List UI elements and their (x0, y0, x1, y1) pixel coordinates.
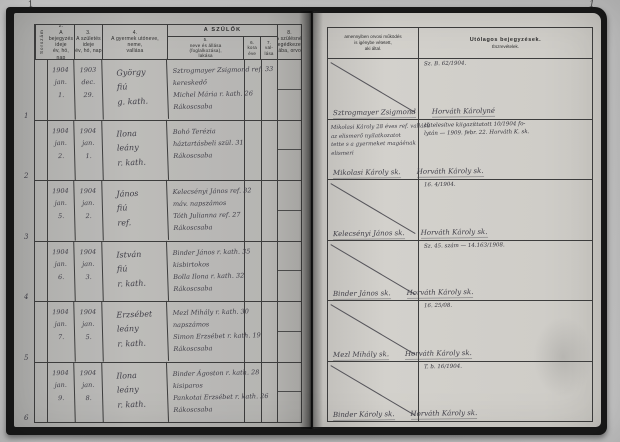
signature-line: Binder Károly sk.Horváth Károly sk. (333, 409, 477, 421)
signature-registrant: Binder Károly sk. (333, 410, 395, 421)
register-row-6: 6 1904 jan. 9. 1904 jan. 8. Ilona leány … (35, 363, 301, 423)
header-parents-title: A SZÜLŐK (168, 25, 277, 37)
row-margin-number: 6 (24, 414, 28, 422)
cell-divider-line (278, 391, 301, 392)
cell-age (245, 181, 262, 241)
header-parents-group: A SZÜLŐK 5. neve és állása (foglalkozása… (168, 25, 278, 59)
header-parent-age: 6. kora éve (244, 37, 261, 59)
header-birth-attendant: 8. A szülésnél segédkezett bába, orvos (278, 25, 301, 59)
reference-note: Hitelesítve kiigazíttatott 10/1904 fo- l… (424, 121, 530, 138)
register-row-5: 5 1904 jan. 7. 1904 jan. 5. Erzsébet leá… (35, 302, 301, 363)
row-margin-number: 2 (24, 172, 28, 180)
header-parents-subcolumns: 5. neve és állása (foglalkozása), lakása… (168, 37, 277, 59)
cell-child: Erzsébet leány r. kath. (102, 301, 169, 363)
cell-parents: Binder János r. kath. 35 kisbirtokos Bol… (168, 242, 245, 302)
signature-line: Sztrogmayer ZsigmondHorváth Károlyné (333, 106, 495, 118)
header-registration-date: 2. A bejegyzés ideje év, hó, nap (48, 25, 75, 59)
header-child-name: 4. A gyermek utóneve, neme, vallása (103, 25, 168, 59)
cell-registration-date: 1904 jan. 7. (47, 302, 76, 362)
cell-attendant (278, 302, 301, 362)
signature-registrar: Horváth Károlyné (432, 106, 495, 117)
cell-child: Ilona leány r. kath. (102, 119, 169, 181)
cell-registration-date: 1904 jan. 1. (47, 60, 76, 120)
cell-parents: Bohó Terézia háztartásbeli szül. 31 Ráko… (168, 121, 245, 181)
cell-serial (35, 181, 48, 241)
header-serial-number: Sorszám (35, 25, 48, 59)
signature-line: Binder János sk.Horváth Károly sk. (333, 288, 474, 300)
cell-child: Ilona leány r. kath. (102, 361, 169, 423)
cell-age (245, 121, 262, 181)
row-margin-number: 5 (24, 354, 28, 362)
signature-registrant: Mikolasi Károly sk. (333, 168, 401, 179)
signature-registrant: Mezl Mihály sk. (333, 350, 389, 361)
left-table-header: Sorszám 2. A bejegyzés ideje év, hó, nap… (35, 25, 301, 60)
signature-line: Mikolasi Károly sk.Horváth Károly sk. (333, 167, 484, 179)
header-parents-details: 5. neve és állása (foglalkozása), lakása (168, 37, 244, 59)
notes-row-2: Mikolasi Károly 28 éves ref. vallású az … (328, 120, 592, 181)
reference-note: T. b. 16/1904. (424, 363, 462, 371)
cell-divider-line (278, 89, 301, 90)
signature-registrar: Horváth Károly sk. (417, 167, 484, 178)
cell-registration-date: 1904 jan. 6. (47, 241, 76, 301)
signature-registrar: Horváth Károly sk. (407, 288, 474, 299)
register-row-1: 1 1904 jan. 1. 1903 dec. 29. György fiú … (35, 60, 301, 121)
signature-registrar: Horváth Károly sk. (421, 227, 488, 238)
notes-row-6: T. b. 16/1904. Binder Károly sk.Horváth … (328, 362, 592, 422)
cell-birth-date: 1904 jan. 2. (74, 181, 104, 241)
cell-age (245, 60, 262, 120)
cell-parents: Mezl Mihály r. kath. 30 napszámos Simon … (168, 302, 245, 362)
cell-religion (262, 181, 278, 241)
register-row-3: 3 1904 jan. 5. 1904 jan. 2. János fiú re… (35, 181, 301, 242)
cell-birth-date: 1904 jan. 5. (74, 302, 104, 362)
cell-divider-line (278, 210, 301, 211)
cell-parents: Sztrogmayer Zsigmond ref. 33 kereskedő M… (168, 60, 245, 120)
cell-attendant (278, 242, 301, 302)
right-table-header: amennyiben orvosi működés is igénybe vét… (328, 28, 592, 59)
cell-serial (35, 60, 48, 120)
cell-parents: Kelecsényi János ref. 32 máv. napszámos … (168, 181, 245, 241)
left-page: Sorszám 2. A bejegyzés ideje év, hó, nap… (14, 13, 311, 427)
cell-religion (262, 242, 278, 302)
reference-note: 16. 25/08. (424, 303, 452, 311)
birth-register-table: Sorszám 2. A bejegyzés ideje év, hó, nap… (34, 24, 302, 423)
cell-registration-date: 1904 jan. 5. (47, 181, 76, 241)
cell-birth-date: 1903 dec. 29. (74, 60, 104, 120)
cell-child: György fiú g. kath. (102, 59, 169, 121)
cell-serial (35, 302, 48, 362)
cell-registration-date: 1904 jan. 9. (47, 362, 76, 422)
signature-registrant: Kelecsényi János sk. (333, 229, 405, 240)
register-row-4: 4 1904 jan. 6. 1904 jan. 3. István fiú r… (35, 242, 301, 303)
cell-serial (35, 363, 48, 423)
notes-row-5: 16. 25/08. Mezl Mihály sk.Horváth Károly… (328, 301, 592, 362)
cell-serial (35, 121, 48, 181)
cell-divider-line (278, 331, 301, 332)
header-birth-date: 3. A születés ideje év, hó, nap (75, 25, 103, 59)
cell-child: János fiú ref. (102, 180, 169, 242)
cell-registration-date: 1904 jan. 2. (47, 120, 76, 180)
cell-attendant (278, 363, 301, 423)
reference-note: Sz. 45. szám — 14.163/1908. (424, 242, 505, 251)
cell-age (245, 242, 262, 302)
header-medical-assistance: amennyiben orvosi működés is igénybe vét… (328, 28, 419, 58)
register-book: Sorszám 2. A bejegyzés ideje év, hó, nap… (6, 7, 607, 435)
cell-attendant (278, 121, 301, 181)
cell-serial (35, 242, 48, 302)
cell-religion (262, 60, 278, 120)
cell-divider-line (278, 270, 301, 271)
row-margin-number: 4 (24, 293, 28, 301)
notes-row-3: 16. 4/1904. Kelecsényi János sk.Horváth … (328, 180, 592, 241)
header-subsequent-title: Utólagos bejegyzések. (470, 37, 542, 43)
signature-line: Kelecsényi János sk.Horváth Károly sk. (333, 227, 488, 239)
cell-birth-date: 1904 jan. 1. (74, 120, 104, 180)
row-margin-number: 1 (24, 112, 28, 120)
notes-row-4: Sz. 45. szám — 14.163/1908. Binder János… (328, 241, 592, 302)
cell-age (245, 302, 262, 362)
signature-line: Mezl Mihály sk.Horváth Károly sk. (333, 349, 472, 361)
scan-background: 1 1 Sorszám 2. A bejegyzés ideje év, hó,… (0, 0, 620, 442)
cell-attendant (278, 60, 301, 120)
signature-registrant: Binder János sk. (333, 289, 391, 300)
cell-divider-line (278, 149, 301, 150)
cell-birth-date: 1904 jan. 8. (74, 362, 104, 422)
row-margin-number: 3 (24, 233, 28, 241)
header-subsequent-entries: Utólagos bejegyzések. Észrevételek. (419, 28, 592, 58)
cell-parents: Binder Ágoston r. kath. 28 kisiparos Pan… (168, 363, 245, 423)
reference-note: 16. 4/1904. (424, 182, 456, 190)
header-parent-religion: 7. val- lása (261, 37, 277, 59)
signature-registrar: Horváth Károly sk. (410, 409, 477, 420)
cell-religion (262, 363, 278, 423)
right-page: amennyiben orvosi működés is igénybe vét… (313, 13, 601, 427)
notes-row-1: Sz. B. 62/1904. Sztrogmayer ZsigmondHorv… (328, 59, 592, 120)
cell-religion (262, 302, 278, 362)
signature-registrar: Horváth Károly sk. (405, 349, 472, 360)
cell-religion (262, 121, 278, 181)
header-remarks-subtitle: Észrevételek. (492, 44, 519, 49)
cell-attendant (278, 181, 301, 241)
subsequent-entries-table: amennyiben orvosi működés is igénybe vét… (327, 27, 593, 422)
signature-registrant: Sztrogmayer Zsigmond (333, 107, 416, 118)
reference-note: Sz. B. 62/1904. (424, 61, 466, 69)
cell-age (245, 363, 262, 423)
register-row-2: 2 1904 jan. 2. 1904 jan. 1. Ilona leány … (35, 121, 301, 182)
cell-child: István fiú r. kath. (102, 240, 169, 302)
cell-birth-date: 1904 jan. 3. (74, 241, 104, 301)
